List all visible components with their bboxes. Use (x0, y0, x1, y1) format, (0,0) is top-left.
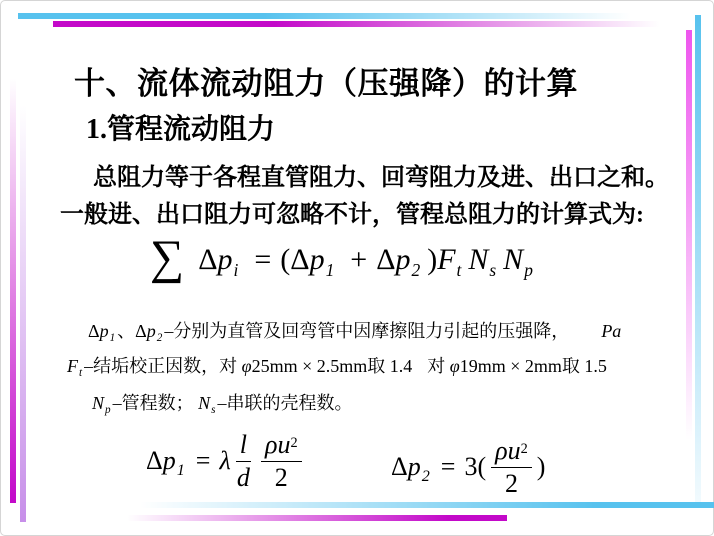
subscript-p: p (105, 404, 111, 416)
note-text: 对 (427, 356, 450, 376)
slide: { "slide": { "title": "十、流体流动阻力（压强降）的计算"… (0, 0, 714, 536)
subscript-1: 1 (177, 462, 185, 479)
var-N: N (503, 243, 523, 276)
subscript-1: 1 (110, 332, 116, 344)
formula-dp1-lhs: Δp1=λ (146, 446, 231, 476)
subscript-i: i (234, 260, 239, 280)
sigma-icon: ∑ (150, 234, 184, 282)
left-paren: ( (280, 243, 290, 276)
fraction-rhou2-over-2: ρu22 (261, 430, 302, 493)
var-N: N (92, 393, 104, 413)
formula-dp2-lhs: Δp2=3( (391, 452, 486, 482)
delta-symbol: Δ (290, 243, 309, 276)
formula-dp2: Δp2=3( ρu22 ) (391, 436, 545, 499)
var-p: p (147, 321, 156, 341)
subscript-t: t (457, 260, 462, 280)
superscript-2: 2 (290, 435, 297, 451)
var-p: p (163, 446, 176, 475)
delta-symbol: Δ (198, 243, 217, 276)
tube-spec-19: 19mm × 2mm取 1.5 (460, 356, 607, 376)
slide-subtitle: 1.管程流动阻力 (86, 107, 275, 147)
paragraph-line-2: 一般进、出口阻力可忽略不计，管程总阻力的计算式为: (60, 194, 644, 229)
subscript-t: t (79, 367, 82, 379)
bottom-magenta-line (115, 515, 507, 521)
delta-symbol: Δ (88, 321, 100, 341)
fraction-rhou2-over-2: ρu22 (491, 436, 532, 499)
left-magenta-bar (10, 78, 16, 503)
var-rho-u: ρu (265, 430, 290, 459)
fraction-denominator: 2 (275, 462, 288, 493)
equals-sign: = (196, 446, 211, 475)
phi-symbol: φ (242, 356, 252, 376)
formula-main-body: Δpi=(Δp1+Δp2)FtNsNp (198, 243, 540, 277)
var-p: p (408, 452, 421, 481)
delta-symbol: Δ (376, 243, 395, 276)
subscript-2: 2 (422, 468, 430, 485)
fraction-denominator: d (237, 462, 250, 493)
subscript-s: s (211, 404, 215, 416)
note-text: –分别为直管及回弯管中因摩擦阻力引起的压强降， (164, 321, 569, 341)
note-ft-factor: Ft–结垢校正因数，对 φ25mm × 2.5mm取 1.4对 φ19mm × … (67, 352, 607, 378)
fraction-numerator: l (236, 430, 251, 462)
fraction-numerator: ρu2 (491, 436, 532, 468)
phi-symbol: φ (450, 356, 460, 376)
slide-title: 十、流体流动阻力（压强降）的计算 (74, 58, 578, 103)
subscript-2: 2 (157, 332, 163, 344)
left-purple-bar (20, 105, 26, 522)
var-F: F (437, 243, 455, 276)
formula-main: ∑ Δpi=(Δp1+Δp2)FtNsNp (150, 236, 540, 284)
delta-symbol: Δ (391, 452, 408, 481)
unit-pa: Pa (601, 321, 621, 341)
var-p: p (218, 243, 233, 276)
coefficient-paren: 3( (464, 452, 486, 481)
tube-spec-25: 25mm × 2.5mm取 1.4 (252, 356, 413, 376)
bottom-cyan-line (128, 502, 714, 508)
var-p: p (100, 321, 109, 341)
var-rho-u: ρu (495, 436, 520, 465)
var-p: p (310, 243, 325, 276)
delta-symbol: Δ (146, 446, 163, 475)
fraction-l-over-d: ld (236, 430, 251, 493)
formula-dp1: Δp1=λ ld ρu22 (146, 430, 307, 493)
note-text: –结垢校正因数，对 (84, 356, 242, 376)
right-paren: ) (427, 243, 437, 276)
subscript-1: 1 (326, 260, 335, 280)
plus-sign: + (350, 243, 367, 276)
fraction-numerator: ρu2 (261, 430, 302, 462)
subscript-2: 2 (412, 260, 421, 280)
subscript-p: p (524, 260, 533, 280)
right-cyan-bar (695, 15, 701, 507)
note-np-ns: Np–管程数； Ns–串联的壳程数。 (92, 389, 352, 415)
lambda-symbol: λ (219, 446, 230, 475)
var-N: N (468, 243, 488, 276)
fraction-denominator: 2 (505, 468, 518, 499)
note-dp1-dp2: Δp1、Δp2–分别为直管及回弯管中因摩擦阻力引起的压强降，Pa (88, 317, 621, 343)
note-text: –串联的壳程数。 (217, 393, 352, 413)
top-magenta-line (53, 21, 685, 27)
var-p: p (396, 243, 411, 276)
subscript-s: s (489, 260, 496, 280)
equals-sign: = (441, 452, 456, 481)
right-paren: ) (537, 452, 546, 482)
var-N: N (198, 393, 210, 413)
delta-symbol: Δ (135, 321, 147, 341)
superscript-2: 2 (521, 441, 528, 457)
var-F: F (67, 356, 78, 376)
note-text: –管程数； (113, 393, 199, 413)
paragraph-line-1: 总阻力等于各程直管阻力、回弯阻力及进、出口之和。 (93, 157, 669, 192)
equals-sign: = (254, 243, 271, 276)
top-cyan-line (18, 13, 663, 19)
list-separator: 、 (117, 321, 135, 341)
right-magenta-bar (686, 30, 692, 440)
